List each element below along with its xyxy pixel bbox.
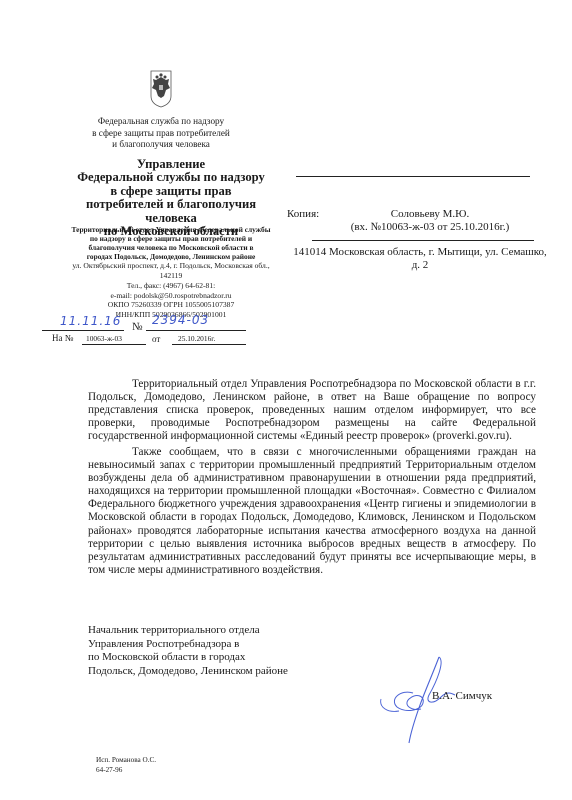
executor-info: Исп. Романова О.С. 64-27-96 bbox=[96, 755, 156, 775]
agency-line: Федеральная служба по надзору bbox=[80, 116, 242, 128]
okpo-ogrn: ОКПО 75260339 ОГРН 1055005107387 bbox=[60, 300, 282, 310]
phone-fax: Тел., факс: (4967) 64-62-81: bbox=[60, 281, 282, 291]
reference-date: 25.10.2016г. bbox=[178, 334, 215, 343]
department-line: потребителей и благополучия человека bbox=[62, 198, 280, 225]
territorial-line: городах Подольск, Домодедово, Ленинском … bbox=[60, 252, 282, 261]
department-line: в сфере защиты прав bbox=[62, 185, 280, 198]
paragraph: Также сообщаем, что в связи с многочисле… bbox=[88, 446, 536, 577]
reference-label: На № bbox=[52, 333, 73, 343]
divider bbox=[42, 330, 124, 331]
position-line: Управления Роспотребнадзора в bbox=[88, 638, 288, 652]
address-line: 141014 Московская область, г. Мытищи, ул… bbox=[290, 246, 550, 259]
body-paragraph-1: Территориальный отдел Управления Роспотр… bbox=[88, 378, 536, 443]
department-line: Федеральной службы по надзору bbox=[62, 171, 280, 184]
divider bbox=[296, 176, 530, 177]
agency-header: Федеральная служба по надзору в сфере за… bbox=[80, 116, 242, 151]
executor-phone: 64-27-96 bbox=[96, 765, 156, 775]
email: e-mail: podolsk@50.rospotrebnadzor.ru bbox=[60, 291, 282, 301]
office-contacts: городах Подольск, Домодедово, Ленинском … bbox=[60, 252, 282, 320]
executor-name: Исп. Романова О.С. bbox=[96, 755, 156, 765]
department-line: Управление bbox=[62, 158, 280, 171]
address-line: д. 2 bbox=[290, 259, 550, 272]
copy-label: Копия: bbox=[287, 208, 319, 220]
reference-number: 10063-ж-03 bbox=[86, 334, 122, 343]
divider bbox=[172, 344, 246, 345]
incoming-reference: (вх. №10063-ж-03 от 25.10.2016г.) bbox=[340, 221, 520, 234]
paragraph: Территориальный отдел Управления Роспотр… bbox=[88, 378, 536, 443]
registration-date: 11.11.16 bbox=[60, 314, 121, 328]
reference-from-label: от bbox=[152, 334, 160, 344]
addressee-address: 141014 Московская область, г. Мытищи, ул… bbox=[290, 246, 550, 272]
territorial-office: Территориальный отдел Управления Федерал… bbox=[60, 225, 282, 253]
territorial-line: Территориальный отдел Управления Федерал… bbox=[60, 225, 282, 234]
position-line: Подольск, Домодедово, Ленинском районе bbox=[88, 665, 288, 679]
divider bbox=[312, 240, 534, 241]
address-line: ул. Октябрьский проспект, д.4, г. Подоль… bbox=[60, 261, 282, 271]
divider bbox=[146, 330, 246, 331]
registration-number: 2394-03 bbox=[152, 313, 209, 327]
body-paragraph-2: Также сообщаем, что в связи с многочисле… bbox=[88, 446, 536, 577]
position-line: Начальник территориального отдела bbox=[88, 624, 288, 638]
agency-line: и благополучия человека bbox=[80, 139, 242, 151]
postal-code: 142119 bbox=[60, 271, 282, 281]
addressee-block: Соловьеву М.Ю. (вх. №10063-ж-03 от 25.10… bbox=[340, 208, 520, 234]
addressee-name: Соловьеву М.Ю. bbox=[340, 208, 520, 221]
position-line: по Московской области в городах bbox=[88, 651, 288, 665]
signer-position: Начальник территориального отдела Управл… bbox=[88, 624, 288, 678]
divider bbox=[82, 344, 146, 345]
agency-line: в сфере защиты прав потребителей bbox=[80, 128, 242, 140]
signer-name: В.А. Симчук bbox=[432, 690, 492, 702]
territorial-line: по надзору в сфере защиты прав потребите… bbox=[60, 234, 282, 243]
number-label: № bbox=[132, 321, 143, 333]
coat-of-arms-icon bbox=[138, 68, 184, 110]
